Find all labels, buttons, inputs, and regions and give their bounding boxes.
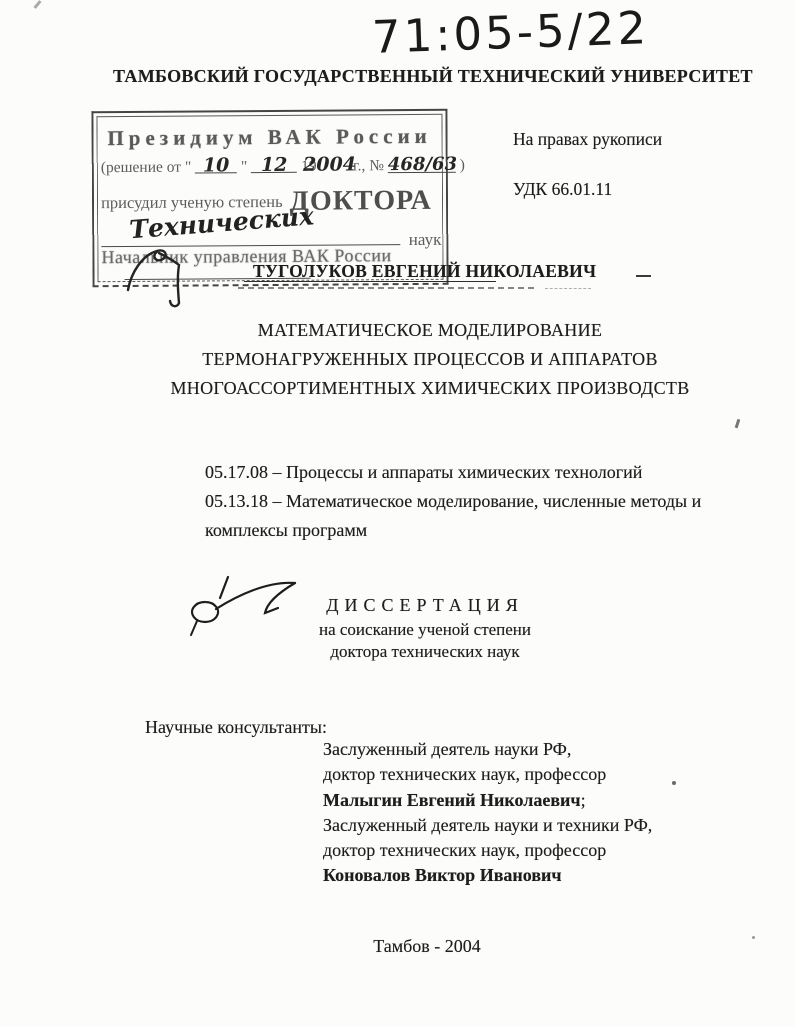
consultant-2-degree: доктор технических наук, профессор <box>323 838 652 863</box>
stamp-bottom-dashes <box>238 287 534 289</box>
stamp-close-paren: ) <box>460 157 465 174</box>
consultant-1-suffix: ; <box>581 790 586 810</box>
manuscript-rights-note: На правах рукописи <box>513 129 662 150</box>
consultant-1-name: Малыгин Евгений Николаевич <box>323 790 581 810</box>
consultant-2-honor: Заслуженный деятель науки и техники РФ, <box>323 813 652 838</box>
consultant-2-name-line: Коновалов Виктор Иванович <box>323 863 652 888</box>
scan-speck <box>33 0 41 9</box>
consultant-1-honor: Заслуженный деятель науки РФ, <box>323 737 652 762</box>
specialty-codes: 05.17.08 – Процессы и аппараты химически… <box>205 458 735 545</box>
handwritten-check-mark <box>183 571 308 643</box>
scan-speck <box>672 781 676 785</box>
dissertation-title: МАТЕМАТИЧЕСКОЕ МОДЕЛИРОВАНИЕ ТЕРМОНАГРУЖ… <box>100 316 760 403</box>
dash-mark <box>636 275 651 277</box>
stamp-header: Президиум ВАК России <box>93 124 445 151</box>
stamp-year-field: 19 2004 <box>301 157 349 175</box>
title-line-2: ТЕРМОНАГРУЖЕННЫХ ПРОЦЕССОВ И АППАРАТОВ <box>100 345 760 374</box>
stamp-month-handwritten: 12 <box>251 158 297 173</box>
university-name: ТАМБОВСКИЙ ГОСУДАРСТВЕННЫЙ ТЕХНИЧЕСКИЙ У… <box>113 66 753 87</box>
stamp-day-handwritten: 10 <box>195 158 237 173</box>
stamp-number-handwritten: 468/63 <box>388 158 456 173</box>
stamp-nauk-word: наук <box>401 230 442 250</box>
stamp-quote: " <box>241 158 247 175</box>
consultant-2-name: Коновалов Виктор Иванович <box>323 865 562 885</box>
specialty-line-1: 05.17.08 – Процессы и аппараты химически… <box>205 458 735 487</box>
dissertation-sub-line-2: доктора технических наук <box>95 641 755 663</box>
title-line-3: МНОГОАССОРТИМЕНТНЫХ ХИМИЧЕСКИХ ПРОИЗВОДС… <box>100 374 760 403</box>
stamp-decision-line: (решение от " 10 " 12 19 2004 г., № 468/… <box>101 157 465 178</box>
stamp-bottom-dashes-faint <box>545 288 591 289</box>
stamp-year-handwritten: 2004 <box>303 153 356 175</box>
author-underline <box>244 281 496 282</box>
consultants-list: Заслуженный деятель науки РФ, доктор тех… <box>323 737 652 889</box>
scan-speck <box>752 936 755 939</box>
stamp-decision-prefix: (решение от " <box>101 159 192 177</box>
author-name: ТУГОЛУКОВ ЕВГЕНИЙ НИКОЛАЕВИЧ <box>253 261 596 282</box>
city-year: Тамбов - 2004 <box>97 936 757 957</box>
stamp-year-suffix: г., № <box>353 157 384 174</box>
consultants-label: Научные консультанты: <box>145 717 327 738</box>
consultant-1-name-line: Малыгин Евгений Николаевич; <box>323 788 652 813</box>
scan-speck <box>735 419 740 428</box>
official-signature <box>118 242 198 312</box>
dissertation-title-page: 71:05-5/22 ТАМБОВСКИЙ ГОСУДАРСТВЕННЫЙ ТЕ… <box>0 0 795 1026</box>
specialty-line-2: 05.13.18 – Математическое моделирование,… <box>205 487 735 516</box>
consultant-1-degree: доктор технических наук, профессор <box>323 762 652 787</box>
udk-code: УДК 66.01.11 <box>513 179 612 200</box>
specialty-line-3: комплексы программ <box>205 516 735 545</box>
handwritten-catalog-number: 71:05-5/22 <box>371 1 650 64</box>
title-line-1: МАТЕМАТИЧЕСКОЕ МОДЕЛИРОВАНИЕ <box>100 316 760 345</box>
